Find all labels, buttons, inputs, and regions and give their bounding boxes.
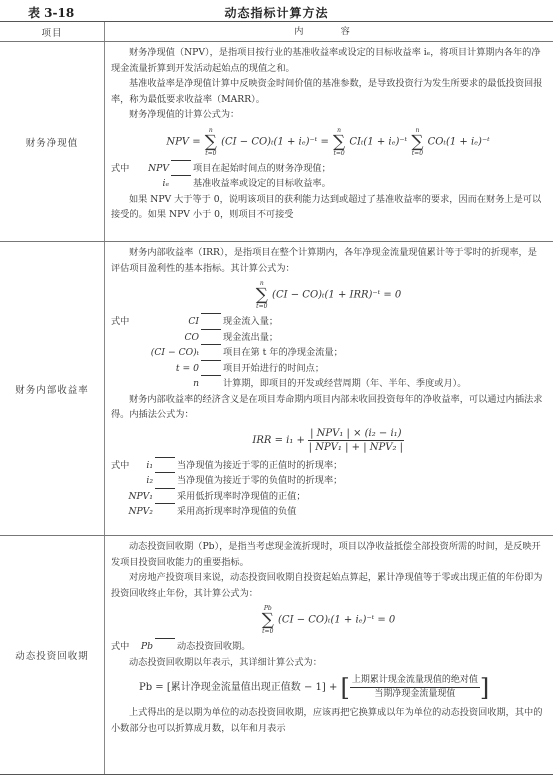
table-row-irr: 财务内部收益率 财务内部收益率（IRR），是指项目在整个计算期内，各年净现金流量… [0,242,553,536]
table-caption: 表 3-18 动态指标计算方法 [0,4,553,20]
em-dash-icon [155,488,175,504]
bracketed-fraction: [ 上期累计现金流量现值的绝对值 当期净现金流量现值 ] [341,674,490,701]
em-dash-icon [201,329,221,345]
definition-line: 式中 CI 现金流入量； [111,314,545,330]
sigma-icon: n∑t=0 [411,127,423,157]
definition-line: i₂ 当净现值为接近于零的负值时的折现率； [111,473,545,489]
table-header-row: 项目 内 容 [0,22,553,42]
fraction: | NPV₁ | × (i₂ − i₁) | NPV₁ | + | NPV₂ | [308,427,404,454]
npv-formula: NPV = n∑t=0 (CI − CO)ₜ(1 + iₑ)⁻ᵗ = n∑t=0… [111,127,545,157]
npv-formula-intro: 财务净现值的计算公式为： [111,107,545,123]
sigma-icon: Pb∑t=0 [262,605,274,635]
definition-line: CO 现金流出量； [111,330,545,346]
irr-definitions: 式中 CI 现金流入量； CO 现金流出量； (CI − CO)ₜ 项目在第 t… [111,314,545,392]
sigma-icon: n∑t=0 [205,127,217,157]
definition-line: n 计算期，即项目的开发或经营周期（年、半年、季度或月）。 [111,376,545,392]
em-dash-icon [171,160,191,176]
payback-detail-formula: Pb = [累计净现金流量值出现正值数 − 1] + [ 上期累计现金流量现值的… [111,674,545,701]
em-dash-icon [201,375,221,391]
header-item: 项目 [0,22,105,41]
npv-definition: 财务净现值（NPV），是指项目按行业的基准收益率或设定的目标收益率 iₑ，将项目… [111,45,545,76]
em-dash-icon [201,313,221,329]
table-row-payback: 动态投资回收期 动态投资回收期（Pb），是指当考虑现金流折现时，项目以净收益抵偿… [0,536,553,774]
definition-line: NPV₁ 采用低折现率时净现值的正值； [111,489,545,505]
payback-real-estate-text: 对房地产投资项目来说，动态投资回收期自投资起始点算起，累计净现值等于零或出现正值… [111,570,545,601]
definition-line: t = 0 项目开始进行的时间点； [111,361,545,377]
sigma-icon: n∑t=0 [333,127,345,157]
definition-line: NPV₂ 采用高折现率时净现值的负值 [111,504,545,520]
payback-definitions: 式中 Pb 动态投资回收期。 [111,639,545,655]
payback-formula: Pb∑t=0 (CI − CO)ₜ(1 + iₑ)⁻ᵗ = 0 [111,605,545,635]
dynamic-indicators-table: 项目 内 容 财务净现值 财务净现值（NPV），是指项目按行业的基准收益率或设定… [0,21,553,775]
right-bracket-icon: ] [480,676,489,700]
marr-definition: 基准收益率是净现值计算中反映资金时间价值的基准参数，是导致投资行为发生所要求的最… [111,76,545,107]
sigma-icon: n∑t=0 [256,280,268,310]
em-dash-icon [201,360,221,376]
definition-line: 式中 NPV 项目在起始时间点的财务净现值； [111,161,545,177]
row-label-irr: 财务内部收益率 [0,242,105,535]
payback-detail-intro: 动态投资回收期以年表示，其详细计算公式为： [111,655,545,671]
npv-definitions: 式中 NPV 项目在起始时间点的财务净现值； iₑ 基准收益率或设定的目标收益率… [111,161,545,192]
row-label-payback: 动态投资回收期 [0,536,105,774]
irr-interpolation-text: 财务内部收益率的经济含义是在项目寿命期内项目内部未收回投资每年的净收益率，可以通… [111,392,545,423]
row-content-irr: 财务内部收益率（IRR），是指项目在整个计算期内，各年净现金流量现值累计等于零时… [105,242,553,535]
definition-line: 式中 Pb 动态投资回收期。 [111,639,545,655]
irr-definition: 财务内部收益率（IRR），是指项目在整个计算期内，各年净现金流量现值累计等于零时… [111,245,545,276]
table-row-npv: 财务净现值 财务净现值（NPV），是指项目按行业的基准收益率或设定的目标收益率 … [0,42,553,242]
em-dash-icon [155,503,175,519]
em-dash-icon [171,175,191,191]
payback-definition: 动态投资回收期（Pb），是指当考虑现金流折现时，项目以净收益抵偿全部投资所需的时… [111,539,545,570]
irr-interpolation-formula: IRR = i₁ + | NPV₁ | × (i₂ − i₁) | NPV₁ |… [111,427,545,454]
irr-interpolation-definitions: 式中 i₁ 当净现值为接近于零的正值时的折现率； i₂ 当净现值为接近于零的负值… [111,458,545,520]
em-dash-icon [155,457,175,473]
em-dash-icon [201,344,221,360]
npv-formula-term3: COₜ(1 + iₑ)⁻ᵗ [428,136,490,147]
definition-line: (CI − CO)ₜ 项目在第 t 年的净现金流量； [111,345,545,361]
npv-decision-rule: 如果 NPV 大于等于 0，说明该项目的获利能力达到或超过了基准收益率的要求，因… [111,192,545,223]
npv-formula-term1: (CI − CO)ₜ(1 + iₑ)⁻ᵗ = [221,136,329,147]
document-page: 表 3-18 动态指标计算方法 项目 内 容 财务净现值 财务净现值（NPV），… [0,0,553,775]
row-content-payback: 动态投资回收期（Pb），是指当考虑现金流折现时，项目以净收益抵偿全部投资所需的时… [105,536,553,774]
header-content: 内 容 [105,22,553,41]
fraction: 上期累计现金流量现值的绝对值 当期净现金流量现值 [350,674,480,701]
left-bracket-icon: [ [341,676,350,700]
row-content-npv: 财务净现值（NPV），是指项目按行业的基准收益率或设定的目标收益率 iₑ，将项目… [105,42,553,241]
row-label-npv: 财务净现值 [0,42,105,241]
payback-conversion-note: 上式得出的是以期为单位的动态投资回收期，应该再把它换算成以年为单位的动态投资回收… [111,705,545,736]
definition-line: 式中 i₁ 当净现值为接近于零的正值时的折现率； [111,458,545,474]
em-dash-icon [155,472,175,488]
irr-formula: n∑t=0 (CI − CO)ₜ(1 + IRR)⁻ᵗ = 0 [111,280,545,310]
npv-formula-lhs: NPV = [166,136,200,147]
em-dash-icon [155,638,175,654]
definition-line: iₑ 基准收益率或设定的目标收益率。 [111,176,545,192]
table-title: 动态指标计算方法 [0,4,553,21]
npv-formula-term2: CIₜ(1 + iₑ)⁻ᵗ [349,136,407,147]
